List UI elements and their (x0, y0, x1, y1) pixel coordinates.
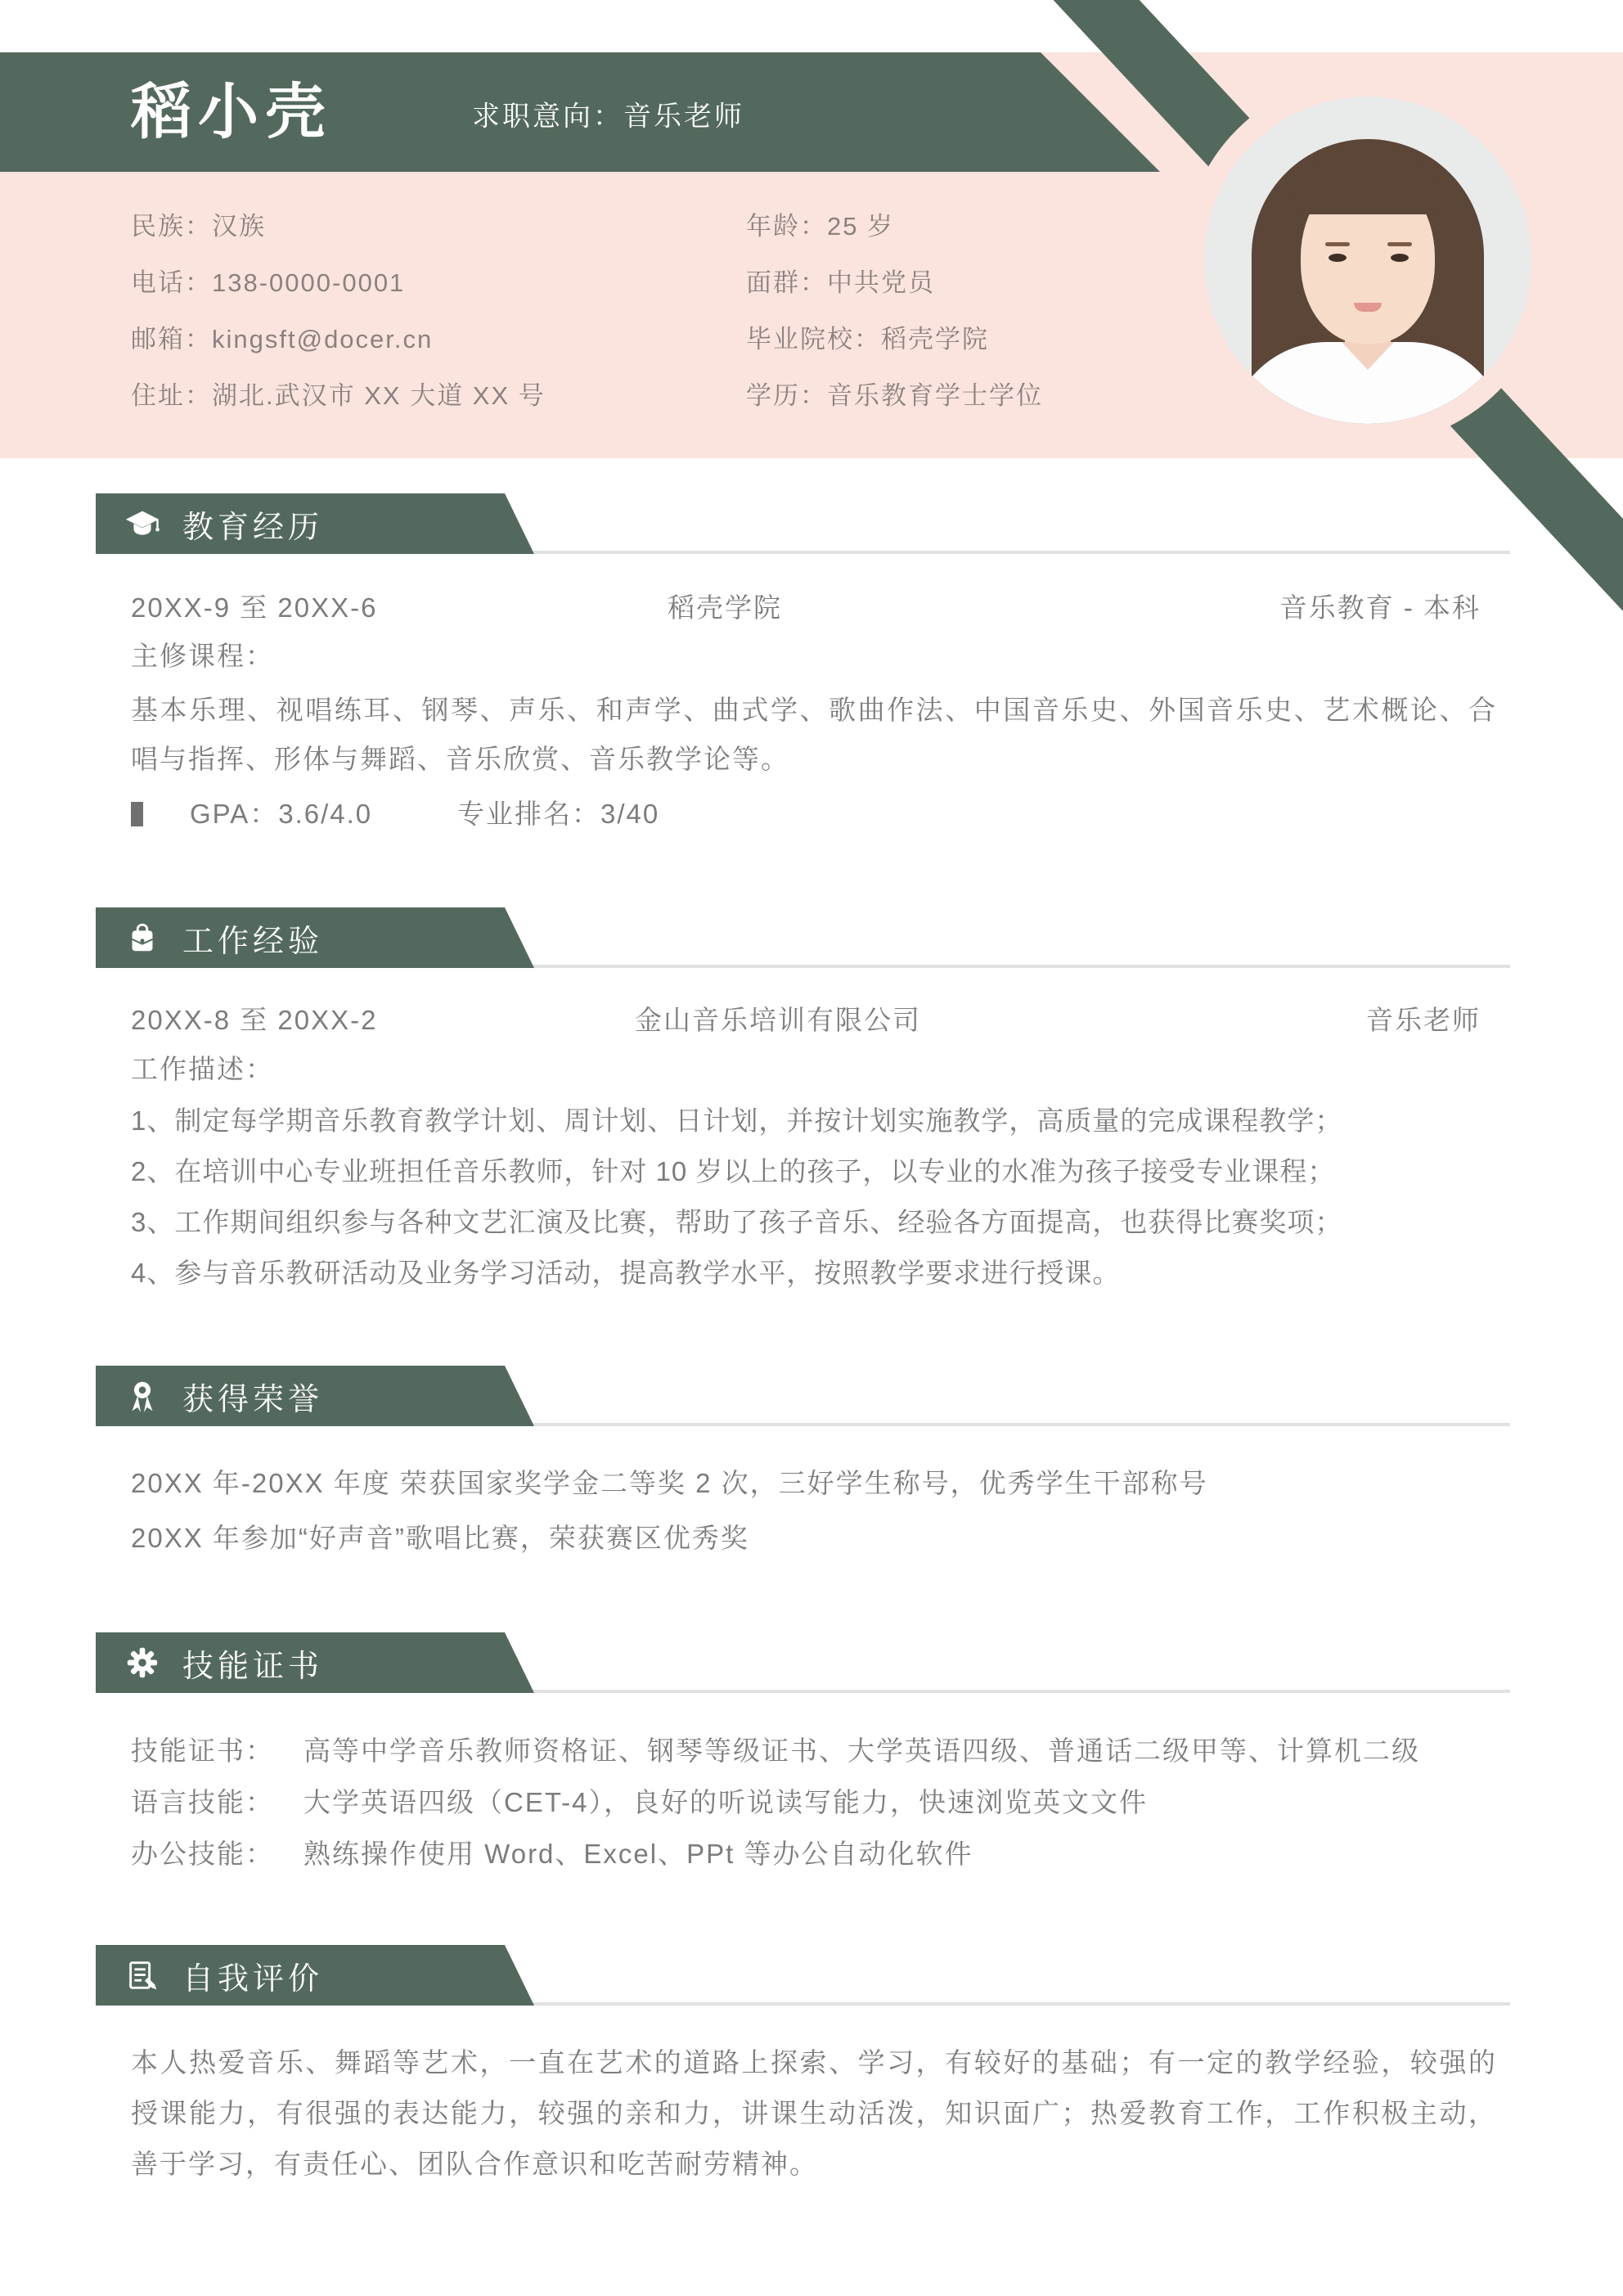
education-row: 20XX-9 至 20XX-6 稻壳学院 音乐教育 - 本科 (131, 589, 1492, 627)
work-items: 1、制定每学期音乐教育教学计划、周计划、日计划，并按计划实施教学，高质量的完成课… (131, 1096, 1505, 1299)
job-intention: 求职意向：音乐老师 (472, 93, 744, 133)
portrait-eye-left (1329, 254, 1347, 262)
work-role: 音乐老师 (1366, 1002, 1481, 1039)
section-tag-work: 工作经验 (96, 907, 534, 968)
work-item: 4、参与音乐教研活动及业务学习活动，提高教学水平，按照教学要求进行授课。 (131, 1248, 1505, 1299)
info-phone: 电话：138-0000-0001 (131, 264, 546, 302)
section-title: 教育经历 (182, 502, 323, 547)
education-degree: 音乐教育 - 本科 (1280, 589, 1481, 627)
gear-icon (124, 1644, 161, 1681)
section-title: 工作经验 (182, 916, 323, 961)
skill-row: 办公技能： 熟练操作使用 Word、Excel、PPt 等办公自动化软件 (131, 1828, 1505, 1880)
info-political-status: 面群：中共党员 (746, 264, 1043, 302)
info-email: 邮箱：kingsft@docer.cn (131, 321, 546, 358)
portrait-brow-left (1325, 242, 1350, 246)
info-school: 毕业院校：稻壳学院 (746, 321, 1043, 358)
education-school: 稻壳学院 (668, 589, 782, 627)
header-banner: 稻小壳 求职意向：音乐老师 (0, 52, 1160, 172)
briefcase-icon (124, 919, 161, 957)
skill-text: 大学英语四级（CET-4），良好的听说读写能力，快速浏览英文文件 (303, 1776, 1148, 1828)
ranking-value: 专业排名：3/40 (457, 795, 659, 833)
work-period: 20XX-8 至 20XX-2 (131, 1005, 377, 1035)
work-company: 金山音乐培训有限公司 (635, 1002, 921, 1039)
skill-label: 技能证书： (131, 1725, 274, 1776)
personal-info-right: 年龄：25 岁 面群：中共党员 毕业院校：稻壳学院 学历：音乐教育学士学位 (746, 208, 1043, 415)
work-desc-label: 工作描述： (131, 1051, 274, 1088)
skill-text: 高等中学音乐教师资格证、钢琴等级证书、大学英语四级、普通话二级甲等、计算机二级 (303, 1725, 1420, 1776)
section-divider (532, 1423, 1510, 1426)
info-age: 年龄：25 岁 (746, 208, 1043, 245)
section-divider (532, 2002, 1510, 2006)
square-bullet (131, 802, 143, 826)
profile-photo (1204, 97, 1531, 424)
honor-item: 20XX 年参加“好声音”歌唱比赛，荣获赛区优秀奖 (131, 1519, 1505, 1557)
portrait-eye-right (1391, 254, 1409, 262)
courses-label: 主修课程： (131, 637, 274, 675)
section-tag-skills: 技能证书 (96, 1632, 534, 1693)
section-tag-honors: 获得荣誉 (96, 1366, 534, 1426)
section-title: 技能证书 (182, 1641, 323, 1686)
document-pen-icon (124, 1956, 161, 1994)
section-tag-evaluation: 自我评价 (96, 1945, 534, 2006)
personal-info-left: 民族：汉族 电话：138-0000-0001 邮箱：kingsft@docer.… (131, 208, 546, 415)
portrait-fringe (1294, 157, 1441, 214)
graduation-cap-icon (124, 505, 161, 542)
section-divider (532, 551, 1510, 554)
medal-icon (124, 1377, 161, 1415)
section-divider (532, 965, 1510, 968)
skill-label: 办公技能： (131, 1828, 274, 1880)
section-tag-education: 教育经历 (96, 493, 534, 554)
courses-text: 基本乐理、视唱练耳、钢琴、声乐、和声学、曲式学、歌曲作法、中国音乐史、外国音乐史… (131, 686, 1497, 784)
gpa-row: GPA：3.6/4.0 专业排名：3/40 (131, 795, 1492, 833)
work-item: 2、在培训中心专业班担任音乐教师，针对 10 岁以上的孩子，以专业的水准为孩子接… (131, 1146, 1505, 1197)
work-row: 20XX-8 至 20XX-2 金山音乐培训有限公司 音乐老师 (131, 1002, 1492, 1039)
evaluation-text: 本人热爱音乐、舞蹈等艺术，一直在艺术的道路上探索、学习，有较好的基础；有一定的教… (131, 2037, 1497, 2190)
info-degree: 学历：音乐教育学士学位 (746, 377, 1043, 415)
skill-row: 语言技能： 大学英语四级（CET-4），良好的听说读写能力，快速浏览英文文件 (131, 1776, 1505, 1828)
info-ethnicity: 民族：汉族 (131, 208, 546, 245)
work-item: 3、工作期间组织参与各种文艺汇演及比赛，帮助了孩子音乐、经验各方面提高，也获得比… (131, 1197, 1505, 1248)
skill-label: 语言技能： (131, 1776, 274, 1828)
section-divider (532, 1690, 1510, 1693)
info-address: 住址：湖北.武汉市 XX 大道 XX 号 (131, 377, 546, 415)
honor-item: 20XX 年-20XX 年度 荣获国家奖学金二等奖 2 次，三好学生称号，优秀学… (131, 1465, 1505, 1502)
education-period: 20XX-9 至 20XX-6 (131, 592, 377, 623)
skill-text: 熟练操作使用 Word、Excel、PPt 等办公自动化软件 (303, 1828, 973, 1880)
section-title: 获得荣誉 (182, 1374, 323, 1419)
skill-row: 技能证书： 高等中学音乐教师资格证、钢琴等级证书、大学英语四级、普通话二级甲等、… (131, 1725, 1505, 1776)
skills-rows: 技能证书： 高等中学音乐教师资格证、钢琴等级证书、大学英语四级、普通话二级甲等、… (131, 1725, 1505, 1880)
work-item: 1、制定每学期音乐教育教学计划、周计划、日计划，并按计划实施教学，高质量的完成课… (131, 1096, 1505, 1146)
gpa-value: GPA：3.6/4.0 (190, 795, 372, 833)
portrait-brow-right (1387, 242, 1412, 246)
candidate-name: 稻小壳 (131, 82, 332, 142)
section-title: 自我评价 (182, 1953, 323, 1998)
